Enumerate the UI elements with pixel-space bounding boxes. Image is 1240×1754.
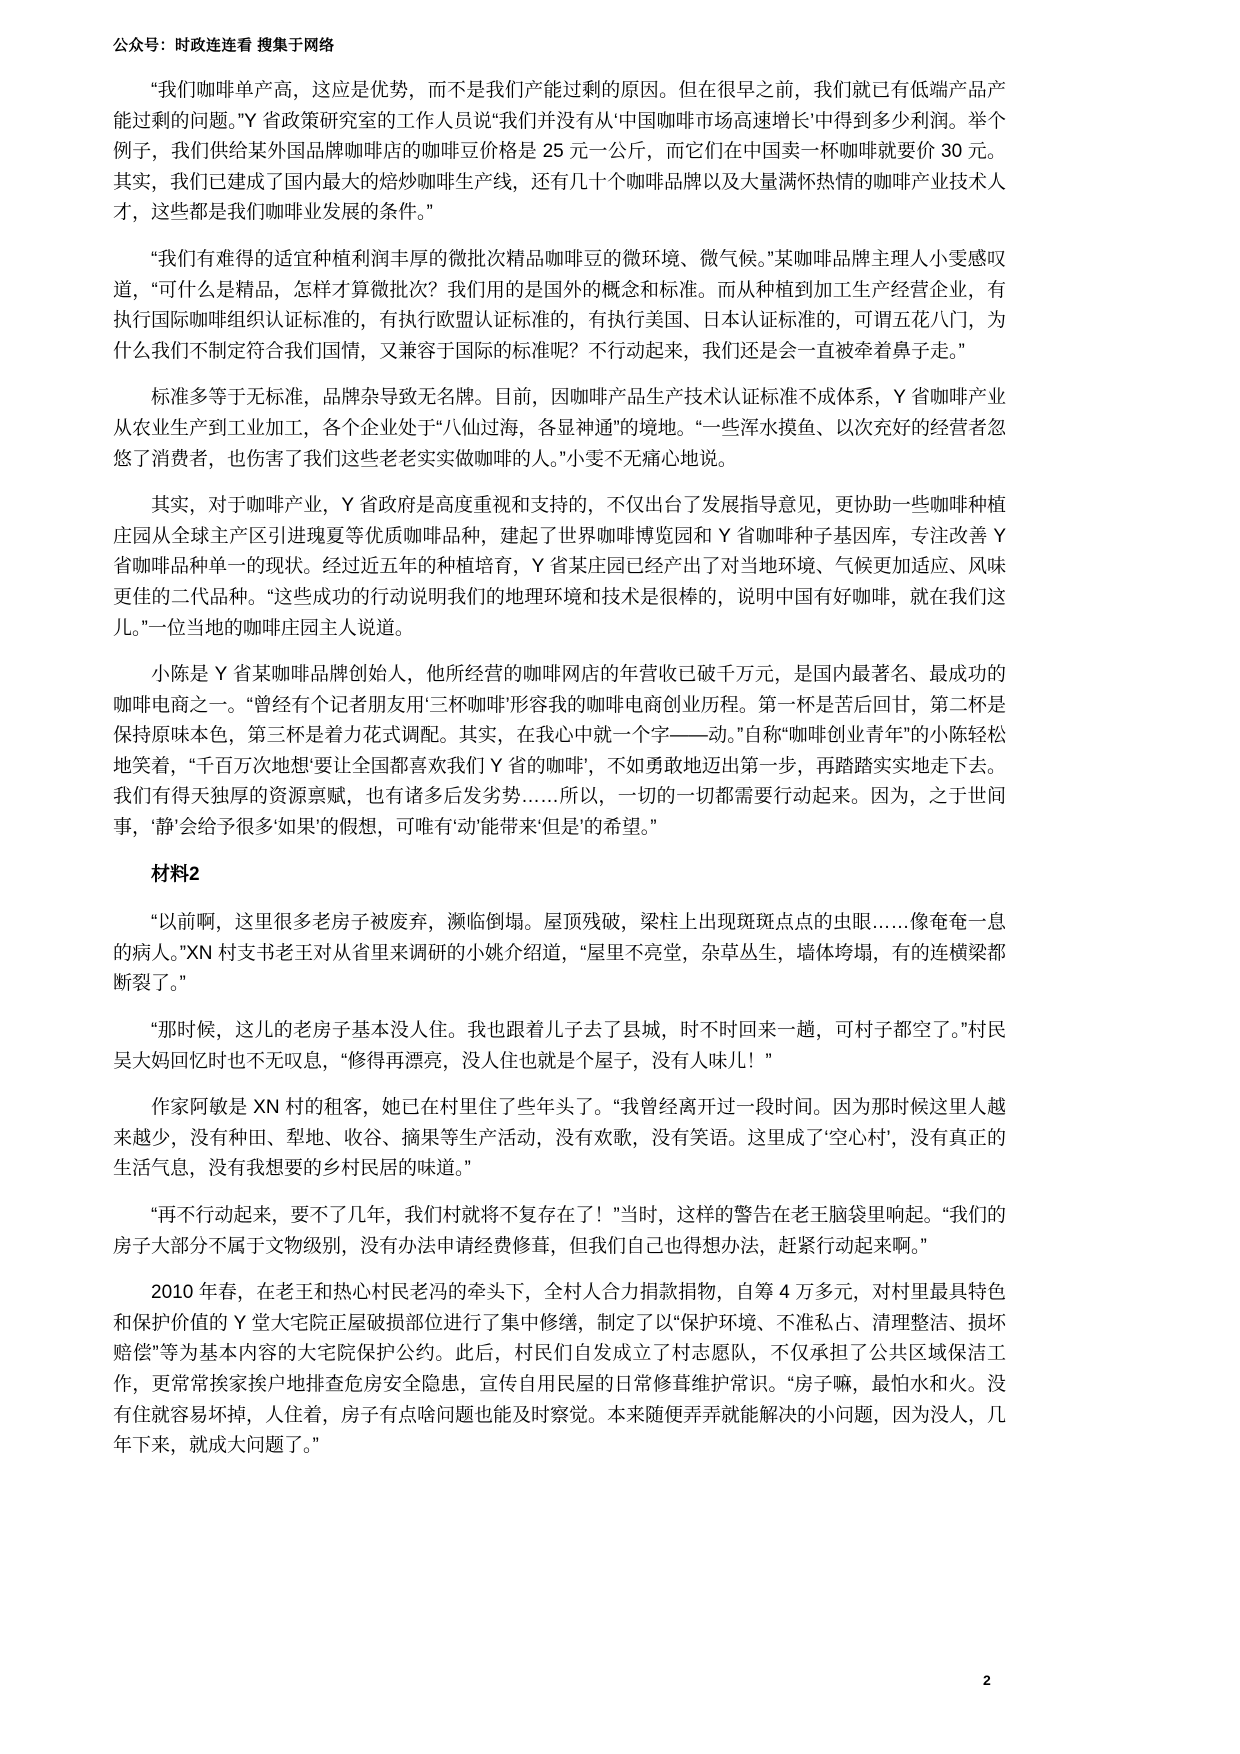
paragraph: 2010 年春，在老王和热心村民老冯的牵头下，全村人合力捐款捐物，自筹 4 万多…	[113, 1278, 1006, 1462]
paragraph: 其实，对于咖啡产业，Y 省政府是高度重视和支持的，不仅出台了发展指导意见，更协助…	[113, 491, 1006, 644]
section-heading-material-2: 材料2	[113, 860, 1006, 891]
paragraph: 标准多等于无标准，品牌杂导致无名牌。目前，因咖啡产品生产技术认证标准不成体系，Y…	[113, 383, 1006, 475]
paragraph: “再不行动起来，要不了几年，我们村就将不复存在了！”当时，这样的警告在老王脑袋里…	[113, 1201, 1006, 1262]
paragraph: 小陈是 Y 省某咖啡品牌创始人，他所经营的咖啡网店的年营收已破千万元，是国内最著…	[113, 660, 1006, 844]
paragraph: “我们有难得的适宜种植利润丰厚的微批次精品咖啡豆的微环境、微气候。”某咖啡品牌主…	[113, 245, 1006, 367]
paragraph: “以前啊，这里很多老房子被废弃，濒临倒塌。屋顶残破，梁柱上出现斑斑点点的虫眼………	[113, 908, 1006, 1000]
paragraph: “那时候，这儿的老房子基本没人住。我也跟着儿子去了县城，时不时回来一趟，可村子都…	[113, 1016, 1006, 1077]
publisher-header: 公众号：时政连连看 搜集于网络	[113, 34, 335, 55]
paragraph: “我们咖啡单产高，这应是优势，而不是我们产能过剩的原因。但在很早之前，我们就已有…	[113, 76, 1006, 229]
page-number: 2	[983, 1672, 991, 1688]
paragraph: 作家阿敏是 XN 村的租客，她已在村里住了些年头了。“我曾经离开过一段时间。因为…	[113, 1093, 1006, 1185]
document-page: 公众号：时政连连看 搜集于网络 “我们咖啡单产高，这应是优势，而不是我们产能过剩…	[0, 0, 1240, 1754]
document-body: “我们咖啡单产高，这应是优势，而不是我们产能过剩的原因。但在很早之前，我们就已有…	[113, 76, 1006, 1478]
